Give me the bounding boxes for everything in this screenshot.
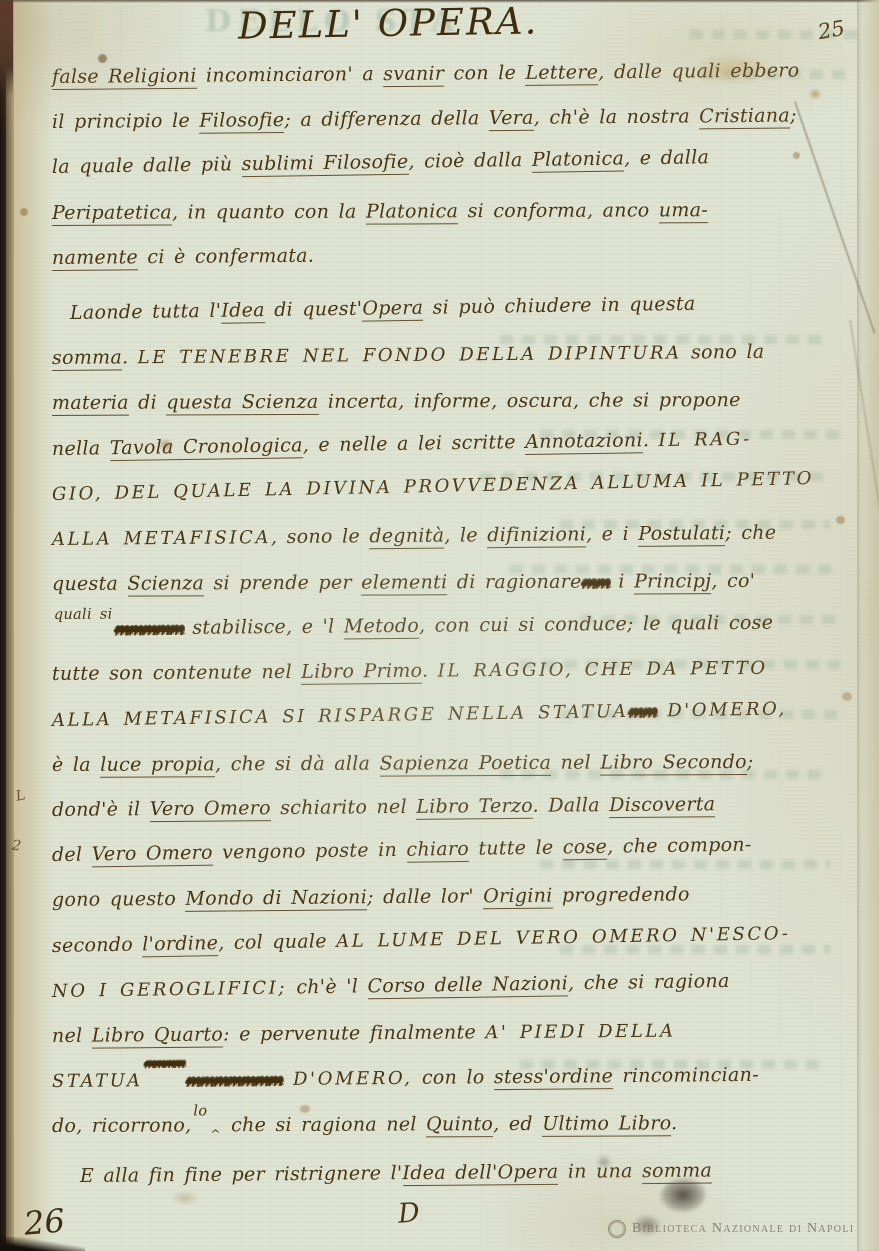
manuscript-text: , che si dà alla bbox=[215, 752, 380, 775]
manuscript-text: materia bbox=[52, 392, 129, 416]
manuscript-line: E alla fin fine per ristrignere l'Idea d… bbox=[80, 1149, 842, 1201]
manuscript-text: ; a differenza della bbox=[284, 107, 489, 131]
manuscript-text: Ultimo Libro bbox=[542, 1113, 671, 1138]
manuscript-text: Peripatetica bbox=[52, 201, 172, 226]
manuscript-text: questa bbox=[52, 573, 128, 595]
manuscript-text: stess'ordine bbox=[494, 1065, 613, 1090]
manuscript-text: in una bbox=[558, 1160, 642, 1183]
manuscript-text: con le bbox=[444, 62, 525, 85]
fox-spot bbox=[842, 692, 852, 701]
manuscript-text: , ch'è la nostra bbox=[534, 106, 700, 129]
manuscript-text: Platonica bbox=[532, 148, 625, 173]
manuscript-text: elementi bbox=[361, 571, 447, 595]
manuscript-text: il principio le bbox=[52, 110, 200, 133]
manuscript-text: nella bbox=[52, 437, 110, 460]
manuscript-text: incerta, informe, oscura, che si propone bbox=[318, 389, 740, 413]
manuscript-line: somma. LE TENEBRE NEL FONDO DELLA DIPINT… bbox=[52, 331, 842, 383]
manuscript-page: DELLO STA DELL' OPERA. 25 false Religion… bbox=[0, 0, 879, 1251]
scribbled-out-text: mm bbox=[582, 573, 609, 592]
scribbled-out-text: mmmm bbox=[144, 1043, 184, 1083]
manuscript-text: , e dalla bbox=[624, 147, 709, 170]
manuscript-line: ALLA METAFISICA, sono le degnità, le dif… bbox=[52, 512, 842, 564]
manuscript-text: false Religioni bbox=[52, 65, 197, 90]
manuscript-line: è la luce propia, che si dà alla Sapienz… bbox=[52, 741, 842, 790]
manuscript-text: A' PIEDI DELLA bbox=[485, 1020, 675, 1043]
manuscript-text: , co' bbox=[711, 570, 755, 592]
manuscript-text: che si ragiona nel bbox=[222, 1114, 426, 1137]
manuscript-text: , che si ragiona bbox=[568, 970, 730, 994]
manuscript-text: Vero Omero bbox=[150, 797, 271, 822]
manuscript-text: Vera bbox=[489, 107, 534, 131]
manuscript-text: i bbox=[609, 571, 634, 593]
manuscript-text: Metodo bbox=[344, 615, 419, 640]
manuscript-text: si prende per bbox=[204, 572, 361, 595]
manuscript-text: Sapienza Poetica bbox=[380, 752, 552, 777]
manuscript-text: Libro Terzo bbox=[416, 795, 533, 820]
manuscript-text: luce propia bbox=[100, 753, 215, 778]
text-column: false Religioni incominciaron' a svanir … bbox=[52, 57, 842, 1201]
manuscript-text: IL RAG- bbox=[658, 428, 752, 450]
manuscript-text: cose bbox=[563, 836, 608, 861]
manuscript-text: secondo bbox=[52, 933, 143, 957]
manuscript-text: questa Scienza bbox=[166, 391, 318, 416]
manuscript-text: incominciaron' a bbox=[197, 63, 384, 87]
manuscript-text: Principj bbox=[634, 570, 711, 594]
manuscript-text: . bbox=[671, 1113, 677, 1135]
manuscript-text: vengono poste in bbox=[213, 839, 407, 864]
manuscript-text: Idea dell'Opera bbox=[402, 1160, 558, 1185]
manuscript-text: la quale dalle più bbox=[52, 154, 242, 179]
manuscript-text: , in quanto con la bbox=[172, 200, 366, 223]
manuscript-text: Platonica bbox=[366, 200, 458, 224]
page-gutter bbox=[14, 0, 54, 1251]
manuscript-text: Discoverta bbox=[609, 793, 715, 818]
manuscript-text: Opera bbox=[362, 297, 423, 322]
manuscript-text: degnità bbox=[369, 524, 444, 549]
manuscript-text: ; dalle lor' bbox=[367, 886, 483, 909]
manuscript-text: Scienza bbox=[127, 572, 204, 596]
manuscript-text: Tavola Cronologica bbox=[110, 434, 303, 461]
manuscript-text: si può chiudere in questa bbox=[423, 293, 696, 319]
manuscript-line: do, ricorrono,lo^ che si ragiona nel Qui… bbox=[52, 1103, 842, 1152]
manuscript-line: quali simmmmm stabilisce, e 'l Metodo, c… bbox=[52, 602, 842, 654]
manuscript-text: , e nelle a lei scritte bbox=[303, 430, 526, 455]
manuscript-text: Origini bbox=[483, 885, 553, 910]
manuscript-text: difinizioni bbox=[487, 523, 586, 548]
manuscript-text: chiaro bbox=[406, 838, 469, 863]
manuscript-text: Idea bbox=[221, 299, 265, 324]
manuscript-line: STATUAmmmmmmmmmmm D'OMERO, con lo stess'… bbox=[52, 1054, 842, 1106]
manuscript-text: lo bbox=[193, 1092, 207, 1132]
manuscript-text: di ragionare bbox=[447, 571, 581, 594]
manuscript-text: progredendo bbox=[552, 884, 689, 907]
manuscript-text: Annotazioni bbox=[525, 429, 643, 455]
manuscript-text: gono questo bbox=[52, 888, 186, 911]
manuscript-text: do, ricorrono, bbox=[52, 1115, 192, 1138]
page-title: DELL' OPERA. bbox=[238, 0, 539, 48]
manuscript-text: Filosofie bbox=[199, 109, 284, 134]
manuscript-text: ^ bbox=[210, 1115, 221, 1155]
manuscript-text: Laonde tutta l' bbox=[70, 300, 222, 324]
manuscript-text: ch'è 'l bbox=[287, 975, 368, 998]
manuscript-text: NO I GEROGLIFICI; bbox=[52, 977, 287, 1001]
manuscript-text: , e i bbox=[586, 523, 638, 545]
manuscript-text: AL LUME DEL VERO OMERO N'ESCO- bbox=[336, 923, 791, 952]
manuscript-text: rincomincian- bbox=[613, 1064, 759, 1087]
manuscript-text: E alla fin fine per ristrignere l' bbox=[80, 1162, 403, 1187]
manuscript-text: stabilisce, e 'l bbox=[183, 616, 344, 639]
binding-spine-shadow bbox=[6, 0, 14, 1251]
manuscript-line: Laonde tutta l'Idea di quest'Opera si pu… bbox=[70, 281, 843, 338]
manuscript-text: , cioè dalla bbox=[408, 149, 532, 173]
catchword: D bbox=[397, 1197, 421, 1229]
manuscript-text: . bbox=[122, 346, 138, 368]
manuscript-text: Libro Primo bbox=[301, 660, 422, 685]
manuscript-text: Postulati bbox=[638, 522, 725, 547]
manuscript-text: svanir bbox=[383, 63, 444, 88]
manuscript-text: sono la bbox=[682, 341, 765, 364]
manuscript-text: del bbox=[52, 844, 92, 867]
bottom-page-number: 26 bbox=[22, 1201, 66, 1242]
manuscript-text: STATUA bbox=[52, 1070, 143, 1092]
manuscript-text: quali si bbox=[54, 595, 113, 636]
manuscript-text: ALLA METAFISICA bbox=[52, 527, 271, 550]
manuscript-text: somma bbox=[642, 1159, 712, 1184]
library-watermark: Biblioteca Nazionale di Napoli bbox=[608, 1220, 854, 1238]
manuscript-text: l'ordine bbox=[142, 932, 218, 957]
manuscript-text: con lo bbox=[412, 1066, 494, 1089]
manuscript-text: ; bbox=[790, 105, 797, 127]
manuscript-text: namente bbox=[52, 246, 138, 271]
scribbled-out-text: mmmmm bbox=[115, 619, 184, 639]
manuscript-text: , dalle quali ebbero bbox=[598, 59, 799, 83]
manuscript-text: somma bbox=[52, 347, 122, 372]
manuscript-text: , le bbox=[444, 524, 487, 546]
manuscript-text: , che compon- bbox=[607, 834, 752, 858]
manuscript-text: tutte son contenute nel bbox=[52, 661, 301, 685]
manuscript-text: ; che bbox=[725, 522, 776, 544]
library-watermark-label: Biblioteca Nazionale di Napoli bbox=[632, 1221, 854, 1237]
folio-number: 25 bbox=[816, 16, 846, 44]
manuscript-text: , ed bbox=[493, 1113, 542, 1135]
manuscript-text: di bbox=[129, 392, 167, 414]
manuscript-text: tutte le bbox=[469, 837, 563, 860]
manuscript-text: schiarito nel bbox=[271, 796, 417, 819]
manuscript-text: Quinto bbox=[426, 1113, 493, 1137]
manuscript-text: uma- bbox=[659, 199, 708, 223]
manuscript-text: LE TENEBRE NEL FONDO DELLA DIPINTURA bbox=[138, 343, 682, 369]
manuscript-text: ALLA METAFISICA SI RISPARGE NELLA STATUA bbox=[52, 701, 629, 731]
right-page-edge bbox=[857, 0, 879, 1251]
manuscript-text: D'OMERO, bbox=[656, 698, 787, 721]
manuscript-text: dond'è il bbox=[52, 798, 150, 821]
manuscript-text: Corso delle Nazioni bbox=[367, 972, 568, 999]
manuscript-text: . Dalla bbox=[533, 794, 610, 817]
manuscript-text: Mondo di Nazioni bbox=[185, 887, 367, 913]
manuscript-text: Lettere bbox=[525, 61, 598, 86]
manuscript-line: questa Scienza si prende per elementi di… bbox=[52, 561, 842, 610]
manuscript-text: : e pervenute finalmente bbox=[223, 1021, 485, 1045]
manuscript-text: di quest' bbox=[265, 298, 363, 321]
scribbled-out-text: mm bbox=[628, 701, 656, 720]
manuscript-text: ; bbox=[747, 751, 754, 773]
manuscript-text: Libro Secondo bbox=[600, 751, 747, 776]
manuscript-line: false Religioni incominciaron' a svanir … bbox=[52, 50, 842, 102]
corner-damage bbox=[0, 0, 13, 95]
manuscript-text: sublimi Filosofie bbox=[241, 151, 408, 177]
manuscript-text: GIO, DEL QUALE LA DIVINA PROVVEDENZA ALL… bbox=[52, 468, 815, 505]
manuscript-text: Vero Omero bbox=[92, 842, 213, 868]
manuscript-line: Peripatetica, in quanto con la Platonica… bbox=[52, 189, 842, 238]
manuscript-text: è la bbox=[52, 754, 100, 776]
manuscript-text: si conforma, anco bbox=[458, 199, 659, 222]
manuscript-text: Cristiana bbox=[699, 105, 790, 130]
scribbled-out-text: mmmmmmm bbox=[186, 1070, 282, 1090]
manuscript-text: nel bbox=[551, 751, 600, 773]
manuscript-text: . bbox=[643, 429, 659, 451]
manuscript-text: nel bbox=[52, 1025, 92, 1047]
manuscript-text: ci è confermata. bbox=[138, 244, 314, 268]
manuscript-text: D'OMERO, bbox=[282, 1068, 413, 1090]
manuscript-text: IL RAGGIO, CHE DA PETTO bbox=[438, 658, 768, 682]
manuscript-line: namente ci è confermata. bbox=[52, 231, 842, 283]
manuscript-text: . bbox=[422, 660, 438, 682]
manuscript-text: , col quale bbox=[218, 930, 336, 954]
manuscript-text: , con cui si conduce; le quali cose bbox=[419, 612, 773, 637]
manuscript-text: , sono le bbox=[271, 525, 370, 548]
library-emblem-icon bbox=[608, 1220, 626, 1238]
